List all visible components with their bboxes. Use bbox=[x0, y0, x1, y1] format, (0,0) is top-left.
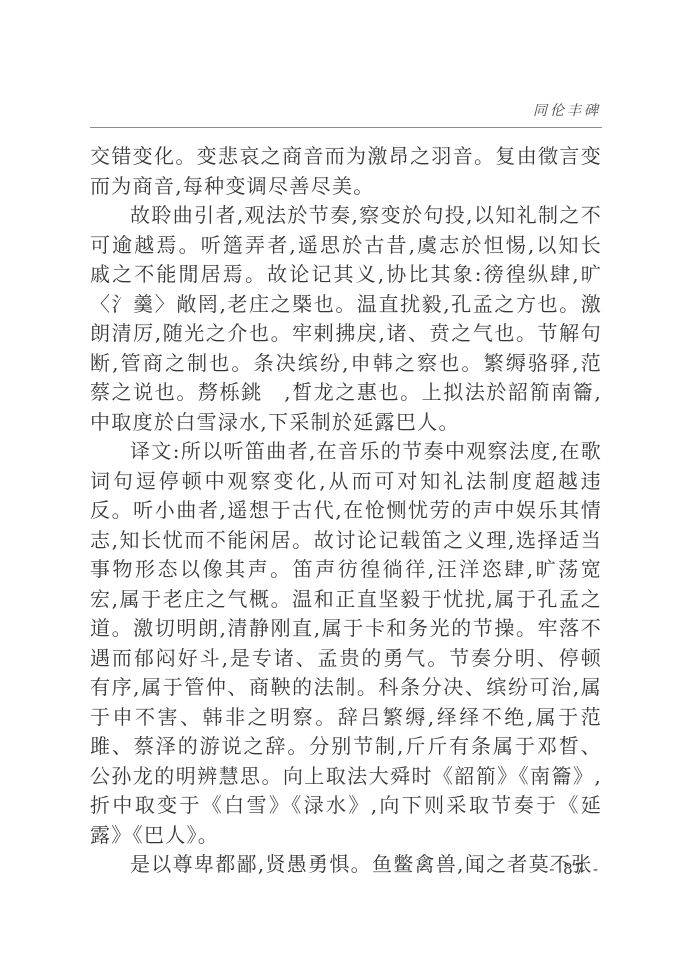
body-paragraph: 是以尊卑都鄙,贤愚勇惧。鱼鳖禽兽,闻之者莫不张 bbox=[90, 850, 602, 880]
running-head-title: 同伦丰碑 bbox=[533, 100, 601, 120]
body-paragraph: 交错变化。变悲哀之商音而为激昂之羽音。复由徵言变而为商音,每种变调尽善尽美。 bbox=[90, 142, 602, 201]
body-text: 交错变化。变悲哀之商音而为激昂之羽音。复由徵言变而为商音,每种变调尽善尽美。 故… bbox=[90, 142, 602, 880]
book-page: 同伦丰碑 交错变化。变悲哀之商音而为激昂之羽音。复由徵言变而为商音,每种变调尽善… bbox=[0, 0, 692, 968]
page-number: - 87 - bbox=[549, 860, 600, 878]
body-paragraph: 译文:所以听笛曲者,在音乐的节奏中观察法度,在歌词句逗停顿中观察变化,从而可对知… bbox=[90, 437, 602, 850]
body-paragraph: 故聆曲引者,观法於节奏,察变於句投,以知礼制之不可逾越焉。听簉弄者,遥思於古昔,… bbox=[90, 201, 602, 437]
header-divider bbox=[90, 127, 602, 128]
